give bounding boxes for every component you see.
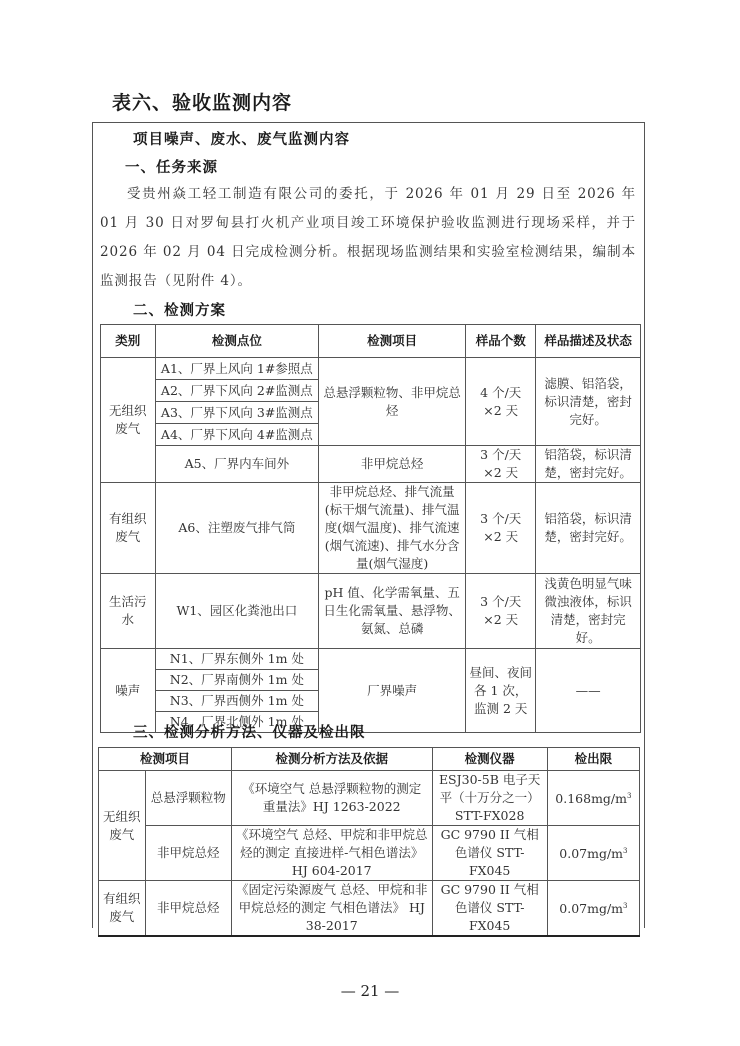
- header-instrument: 检测仪器: [432, 748, 547, 771]
- limit-unit-sup: 3: [623, 902, 627, 910]
- page-number: — 21 —: [0, 982, 740, 1000]
- category-cell: 无组织废气: [101, 358, 156, 483]
- limit-cell: 0.07mg/m3: [547, 881, 639, 937]
- section2-title: 二、检测方案: [133, 299, 226, 320]
- point-cell: A5、厂界内车间外: [155, 446, 319, 483]
- section1-paragraph: 受贵州焱工轻工制造有限公司的委托，于 2026 年 01 月 29 日至 202…: [100, 180, 636, 296]
- method-cell: 《固定污染源废气 总烃、甲烷和非甲烷总烃的测定 气相色谱法》 HJ 38-201…: [231, 881, 432, 937]
- point-cell: A6、注塑废气排气筒: [155, 483, 319, 574]
- limit-cell: 0.168mg/m3: [547, 771, 639, 826]
- desc-cell: 浅黄色明显气味微浊液体，标识清楚，密封完好。: [536, 574, 641, 649]
- instrument-cell: ESJ30-5B 电子天平（十万分之一）STT-FX028: [432, 771, 547, 826]
- desc-cell: 铝箔袋，标识清楚，密封完好。: [536, 483, 641, 574]
- instrument-cell: GC 9790 II 气相色谱仪 STT-FX045: [432, 881, 547, 937]
- desc-cell: 滤膜、铝箔袋，标识清楚，密封完好。: [536, 358, 641, 446]
- limit-value: 0.07mg/m: [559, 902, 623, 917]
- section3-title: 三、检测分析方法、仪器及检出限: [133, 721, 366, 742]
- category-cell: 生活污水: [101, 574, 156, 649]
- limit-cell: 0.07mg/m3: [547, 826, 639, 881]
- count-cell: 3 个/天 ×2 天: [466, 483, 536, 574]
- point-cell: N1、厂界东侧外 1m 处: [155, 649, 319, 670]
- point-cell: N2、厂界南侧外 1m 处: [155, 670, 319, 691]
- header-item: 检测项目: [99, 748, 232, 771]
- item-cell: 非甲烷总烃: [145, 826, 231, 881]
- section1-title: 一、任务来源: [125, 156, 218, 177]
- method-cell: 《环境空气 总悬浮颗粒物的测定 重量法》HJ 1263-2022: [231, 771, 432, 826]
- category-cell: 有组织废气: [99, 881, 146, 937]
- limit-unit-sup: 3: [623, 847, 627, 855]
- count-cell: 4 个/天 ×2 天: [466, 358, 536, 446]
- header-points: 检测点位: [155, 325, 319, 358]
- category-cell: 噪声: [101, 649, 156, 733]
- point-cell: N3、厂界西侧外 1m 处: [155, 691, 319, 712]
- items-cell: pH 值、化学需氧量、五日生化需氧量、悬浮物、氨氮、总磷: [319, 574, 466, 649]
- count-cell: 昼间、夜间各 1 次，监测 2 天: [466, 649, 536, 733]
- limit-unit-sup: 3: [627, 792, 631, 800]
- header-count: 样品个数: [466, 325, 536, 358]
- frame-title: 项目噪声、废水、废气监测内容: [133, 128, 350, 149]
- items-cell: 非甲烷总烃、排气流量(标干烟气流量)、排气温度(烟气温度)、排气流速(烟气流速)…: [319, 483, 466, 574]
- page-heading: 表六、验收监测内容: [112, 88, 292, 115]
- point-cell: W1、园区化粪池出口: [155, 574, 319, 649]
- category-cell: 有组织废气: [101, 483, 156, 574]
- desc-cell: 铝箔袋，标识清楚，密封完好。: [536, 446, 641, 483]
- header-desc: 样品描述及状态: [536, 325, 641, 358]
- limit-value: 0.07mg/m: [559, 847, 623, 862]
- analysis-method-table: 检测项目 检测分析方法及依据 检测仪器 检出限 无组织废气 总悬浮颗粒物 《环境…: [98, 747, 640, 937]
- header-category: 类别: [101, 325, 156, 358]
- count-cell: 3 个/天 ×2 天: [466, 446, 536, 483]
- point-cell: A4、厂界下风向 4#监测点: [155, 424, 319, 446]
- items-cell: 厂界噪声: [319, 649, 466, 733]
- item-cell: 总悬浮颗粒物: [145, 771, 231, 826]
- instrument-cell: GC 9790 II 气相色谱仪 STT-FX045: [432, 826, 547, 881]
- header-method: 检测分析方法及依据: [231, 748, 432, 771]
- count-cell: 3 个/天 ×2 天: [466, 574, 536, 649]
- category-cell: 无组织废气: [99, 771, 146, 881]
- item-cell: 非甲烷总烃: [145, 881, 231, 937]
- desc-cell: ——: [536, 649, 641, 733]
- point-cell: A1、厂界上风向 1#参照点: [155, 358, 319, 380]
- detection-plan-table: 类别 检测点位 检测项目 样品个数 样品描述及状态 无组织废气 A1、厂界上风向…: [100, 324, 641, 733]
- point-cell: A3、厂界下风向 3#监测点: [155, 402, 319, 424]
- limit-value: 0.168mg/m: [555, 792, 627, 807]
- method-cell: 《环境空气 总烃、甲烷和非甲烷总烃的测定 直接进样-气相色谱法》 HJ 604-…: [231, 826, 432, 881]
- items-cell: 非甲烷总烃: [319, 446, 466, 483]
- point-cell: A2、厂界下风向 2#监测点: [155, 380, 319, 402]
- items-cell: 总悬浮颗粒物、非甲烷总烃: [319, 358, 466, 446]
- header-items: 检测项目: [319, 325, 466, 358]
- header-limit: 检出限: [547, 748, 639, 771]
